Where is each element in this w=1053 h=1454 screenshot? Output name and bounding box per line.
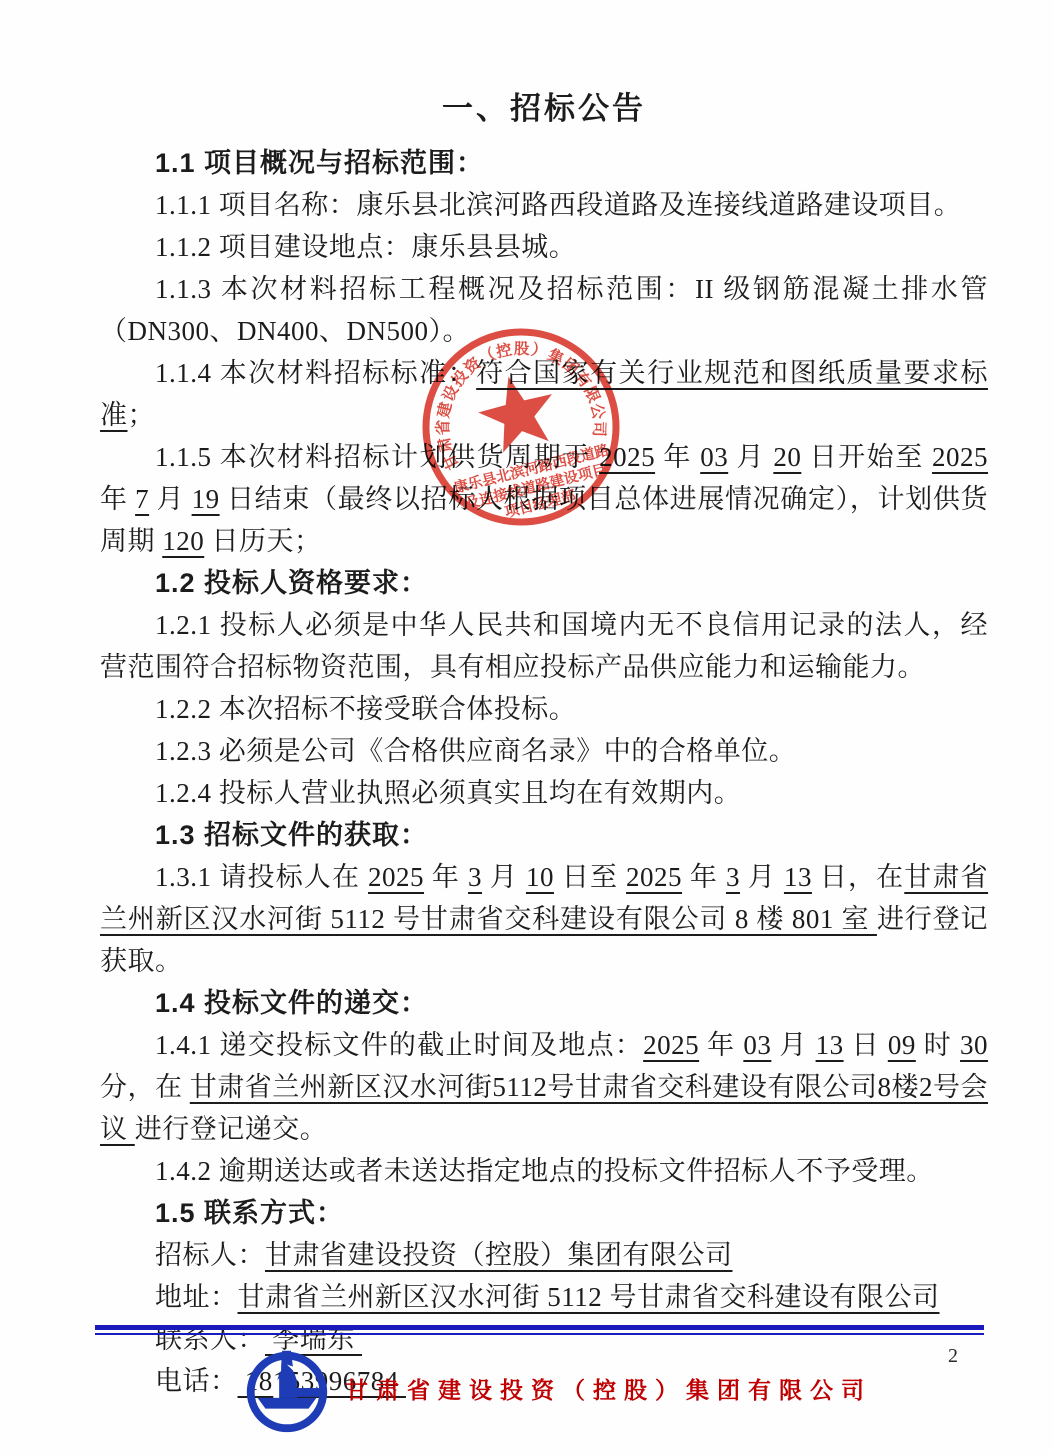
- text-run: 1.2.4 投标人营业执照必须真实且均在有效期内。: [155, 778, 741, 808]
- underlined-text: 2025: [599, 442, 655, 472]
- underlined-text: 7: [135, 484, 149, 514]
- page-number: 2: [948, 1345, 958, 1368]
- text-run: 日: [844, 1030, 888, 1060]
- company-logo-icon: [238, 1340, 336, 1440]
- text-run: 月: [728, 442, 773, 472]
- underlined-text: 03: [700, 442, 728, 472]
- text-run: 日历天；: [204, 526, 321, 556]
- paragraph: 招标人：甘肃省建设投资（控股）集团有限公司: [100, 1234, 988, 1276]
- paragraph: 地址：甘肃省兰州新区汉水河街 5112 号甘肃省交科建设有限公司: [100, 1276, 988, 1318]
- text-run: 年: [424, 862, 468, 892]
- paragraph: 1.2.1 投标人必须是中华人民共和国境内无不良信用记录的法人，经营范围符合招标…: [100, 604, 988, 688]
- text-run: 1.4.2 逾期送达或者未送达指定地点的投标文件招标人不予受理。: [155, 1156, 934, 1186]
- underlined-text: 30: [960, 1030, 988, 1060]
- text-run: 1.3.1 请投标人在: [155, 862, 368, 892]
- paragraph: 1.2.2 本次招标不接受联合体投标。: [100, 688, 988, 730]
- text-run: 月: [482, 862, 526, 892]
- text-run: 地址：: [155, 1282, 238, 1312]
- text-run: 1.2.3 必须是公司《合格供应商名录》中的合格单位。: [155, 736, 796, 766]
- underlined-text: 03: [743, 1030, 771, 1060]
- paragraph: 1.2.3 必须是公司《合格供应商名录》中的合格单位。: [100, 730, 988, 772]
- paragraph: 1.2.4 投标人营业执照必须真实且均在有效期内。: [100, 772, 988, 814]
- text-run: 日，在: [812, 862, 904, 892]
- document-body: 1.1 项目概况与招标范围：1.1.1 项目名称：康乐县北滨河路西段道路及连接线…: [100, 142, 988, 1402]
- text-run: 进行登记递交。: [135, 1114, 328, 1144]
- text-run: 1.2.1 投标人必须是中华人民共和国境内无不良信用记录的法人，经营范围符合招标…: [100, 610, 988, 682]
- underlined-text: 2025: [932, 442, 988, 472]
- section-heading: 1.2 投标人资格要求：: [100, 562, 988, 604]
- underlined-text: 2025: [643, 1030, 699, 1060]
- underlined-text: 2025: [626, 862, 682, 892]
- tender-announcement-document: 一、招标公告 1.1 项目概况与招标范围：1.1.1 项目名称：康乐县北滨河路西…: [100, 86, 988, 1402]
- underlined-text: 13: [784, 862, 812, 892]
- section-heading: 1.5 联系方式：: [100, 1192, 988, 1234]
- text-run: 1.1.4 本次材料招标标准：: [155, 358, 476, 388]
- text-run: 1.1.3 本次材料招标工程概况及招标范围：II 级钢筋混凝土排水管（DN300…: [100, 274, 988, 346]
- underlined-text: 甘肃省兰州新区汉水河街 5112 号甘肃省交科建设有限公司: [238, 1282, 940, 1312]
- text-run: 时: [916, 1030, 960, 1060]
- text-run: 月: [771, 1030, 815, 1060]
- footer-company-name: 甘肃省建设投资（控股）集团有限公司: [345, 1372, 872, 1405]
- paragraph: 1.1.3 本次材料招标工程概况及招标范围：II 级钢筋混凝土排水管（DN300…: [100, 268, 988, 352]
- section-heading: 1.3 招标文件的获取：: [100, 814, 988, 856]
- paragraph: 1.1.5 本次材料招标计划供货周期于 2025 年 03 月 20 日开始至 …: [100, 436, 988, 562]
- text-run: 年: [682, 862, 726, 892]
- section-heading: 1.1 项目概况与招标范围：: [100, 142, 988, 184]
- text-run: 1.1.1 项目名称：康乐县北滨河路西段道路及连接线道路建设项目。: [155, 190, 961, 220]
- text-run: ；: [128, 400, 156, 430]
- text-run: 1.4.1 递交投标文件的截止时间及地点：: [155, 1030, 643, 1060]
- text-run: 1.1.5 本次材料招标计划供货周期于: [155, 442, 599, 472]
- underlined-text: 19: [192, 484, 220, 514]
- underlined-text: 2025: [368, 862, 424, 892]
- underlined-text: 09: [888, 1030, 916, 1060]
- text-run: 1.2.2 本次招标不接受联合体投标。: [155, 694, 576, 724]
- underlined-text: 13: [816, 1030, 844, 1060]
- underlined-text: 甘肃省建设投资（控股）集团有限公司: [265, 1240, 733, 1270]
- text-run: 年: [655, 442, 700, 472]
- text-run: 1.1.2 项目建设地点：康乐县县城。: [155, 232, 576, 262]
- document-page: 一、招标公告 1.1 项目概况与招标范围：1.1.1 项目名称：康乐县北滨河路西…: [0, 0, 1053, 1454]
- text-run: 月: [149, 484, 192, 514]
- underlined-text: 3: [468, 862, 482, 892]
- page-title: 一、招标公告: [100, 86, 988, 132]
- footer-divider: [95, 1325, 984, 1335]
- text-run: 年: [100, 484, 135, 514]
- paragraph: 1.1.2 项目建设地点：康乐县县城。: [100, 226, 988, 268]
- paragraph: 1.4.2 逾期送达或者未送达指定地点的投标文件招标人不予受理。: [100, 1150, 988, 1192]
- text-run: 电话：: [155, 1366, 238, 1396]
- underlined-text: 20: [773, 442, 801, 472]
- underlined-text: 120: [162, 526, 204, 556]
- text-run: 分，在: [100, 1072, 190, 1102]
- paragraph: 1.1.4 本次材料招标标准：符合国家有关行业规范和图纸质量要求标准；: [100, 352, 988, 436]
- underlined-text: 10: [526, 862, 554, 892]
- text-run: 日至: [554, 862, 626, 892]
- paragraph: 1.3.1 请投标人在 2025 年 3 月 10 日至 2025 年 3 月 …: [100, 856, 988, 982]
- text-run: 招标人：: [155, 1240, 265, 1270]
- underlined-text: 3: [726, 862, 740, 892]
- section-heading: 1.4 投标文件的递交：: [100, 982, 988, 1024]
- text-run: 月: [740, 862, 784, 892]
- paragraph: 1.1.1 项目名称：康乐县北滨河路西段道路及连接线道路建设项目。: [100, 184, 988, 226]
- paragraph: 1.4.1 递交投标文件的截止时间及地点：2025 年 03 月 13 日 09…: [100, 1024, 988, 1150]
- text-run: 日开始至: [801, 442, 932, 472]
- text-run: 年: [699, 1030, 743, 1060]
